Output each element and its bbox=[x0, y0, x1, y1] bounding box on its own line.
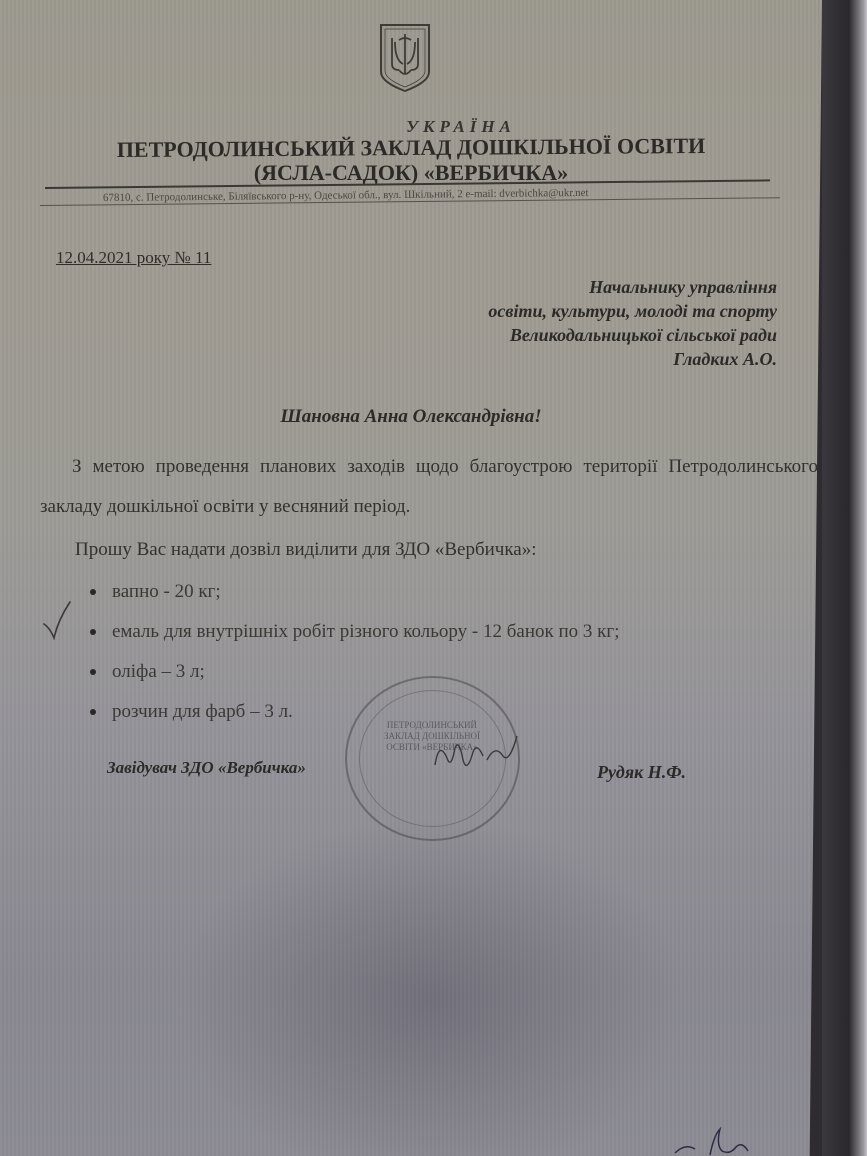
bullet-icon bbox=[90, 709, 96, 715]
recipient-block: Начальнику управління освіти, культури, … bbox=[488, 275, 777, 371]
background-edge bbox=[822, 0, 867, 1156]
date-reference-number: 12.04.2021 року № 11 bbox=[56, 248, 211, 268]
bullet-icon bbox=[90, 669, 96, 675]
bullet-icon bbox=[90, 629, 96, 635]
bullet-icon bbox=[90, 589, 96, 595]
body-paragraph-request: Прошу Вас надати дозвіл виділити для ЗДО… bbox=[75, 530, 853, 570]
signatory-name: Рудяк Н.Ф. bbox=[597, 762, 686, 783]
handwritten-signature bbox=[425, 730, 525, 780]
requested-items-list: вапно - 20 кг; емаль для внутрішніх робі… bbox=[90, 572, 619, 732]
recipient-line: Начальнику управління bbox=[488, 275, 777, 299]
body-paragraph-purpose: З метою проведення планових заходів щодо… bbox=[40, 447, 818, 527]
list-item: оліфа – 3 л; bbox=[90, 652, 619, 692]
recipient-line: Великодальницької сільської ради bbox=[488, 323, 777, 347]
item-text: емаль для внутрішніх робіт різного кольо… bbox=[112, 621, 619, 642]
recipient-name: Гладких А.О. bbox=[488, 347, 777, 371]
recipient-line: освіти, культури, молоді та спорту bbox=[488, 299, 777, 323]
signatory-role: Завідувач ЗДО «Вербичка» bbox=[107, 758, 306, 778]
trident-emblem-icon bbox=[377, 22, 433, 94]
item-text: оліфа – 3 л; bbox=[112, 661, 205, 682]
list-item: вапно - 20 кг; bbox=[90, 572, 619, 612]
item-text: розчин для фарб – 3 л. bbox=[112, 701, 293, 722]
item-text: вапно - 20 кг; bbox=[112, 581, 221, 602]
handwritten-checkmark-icon bbox=[42, 600, 72, 640]
handwritten-note bbox=[670, 1125, 790, 1156]
list-item: емаль для внутрішніх робіт різного кольо… bbox=[90, 612, 619, 652]
salutation: Шановна Анна Олександрівна! bbox=[0, 406, 822, 428]
